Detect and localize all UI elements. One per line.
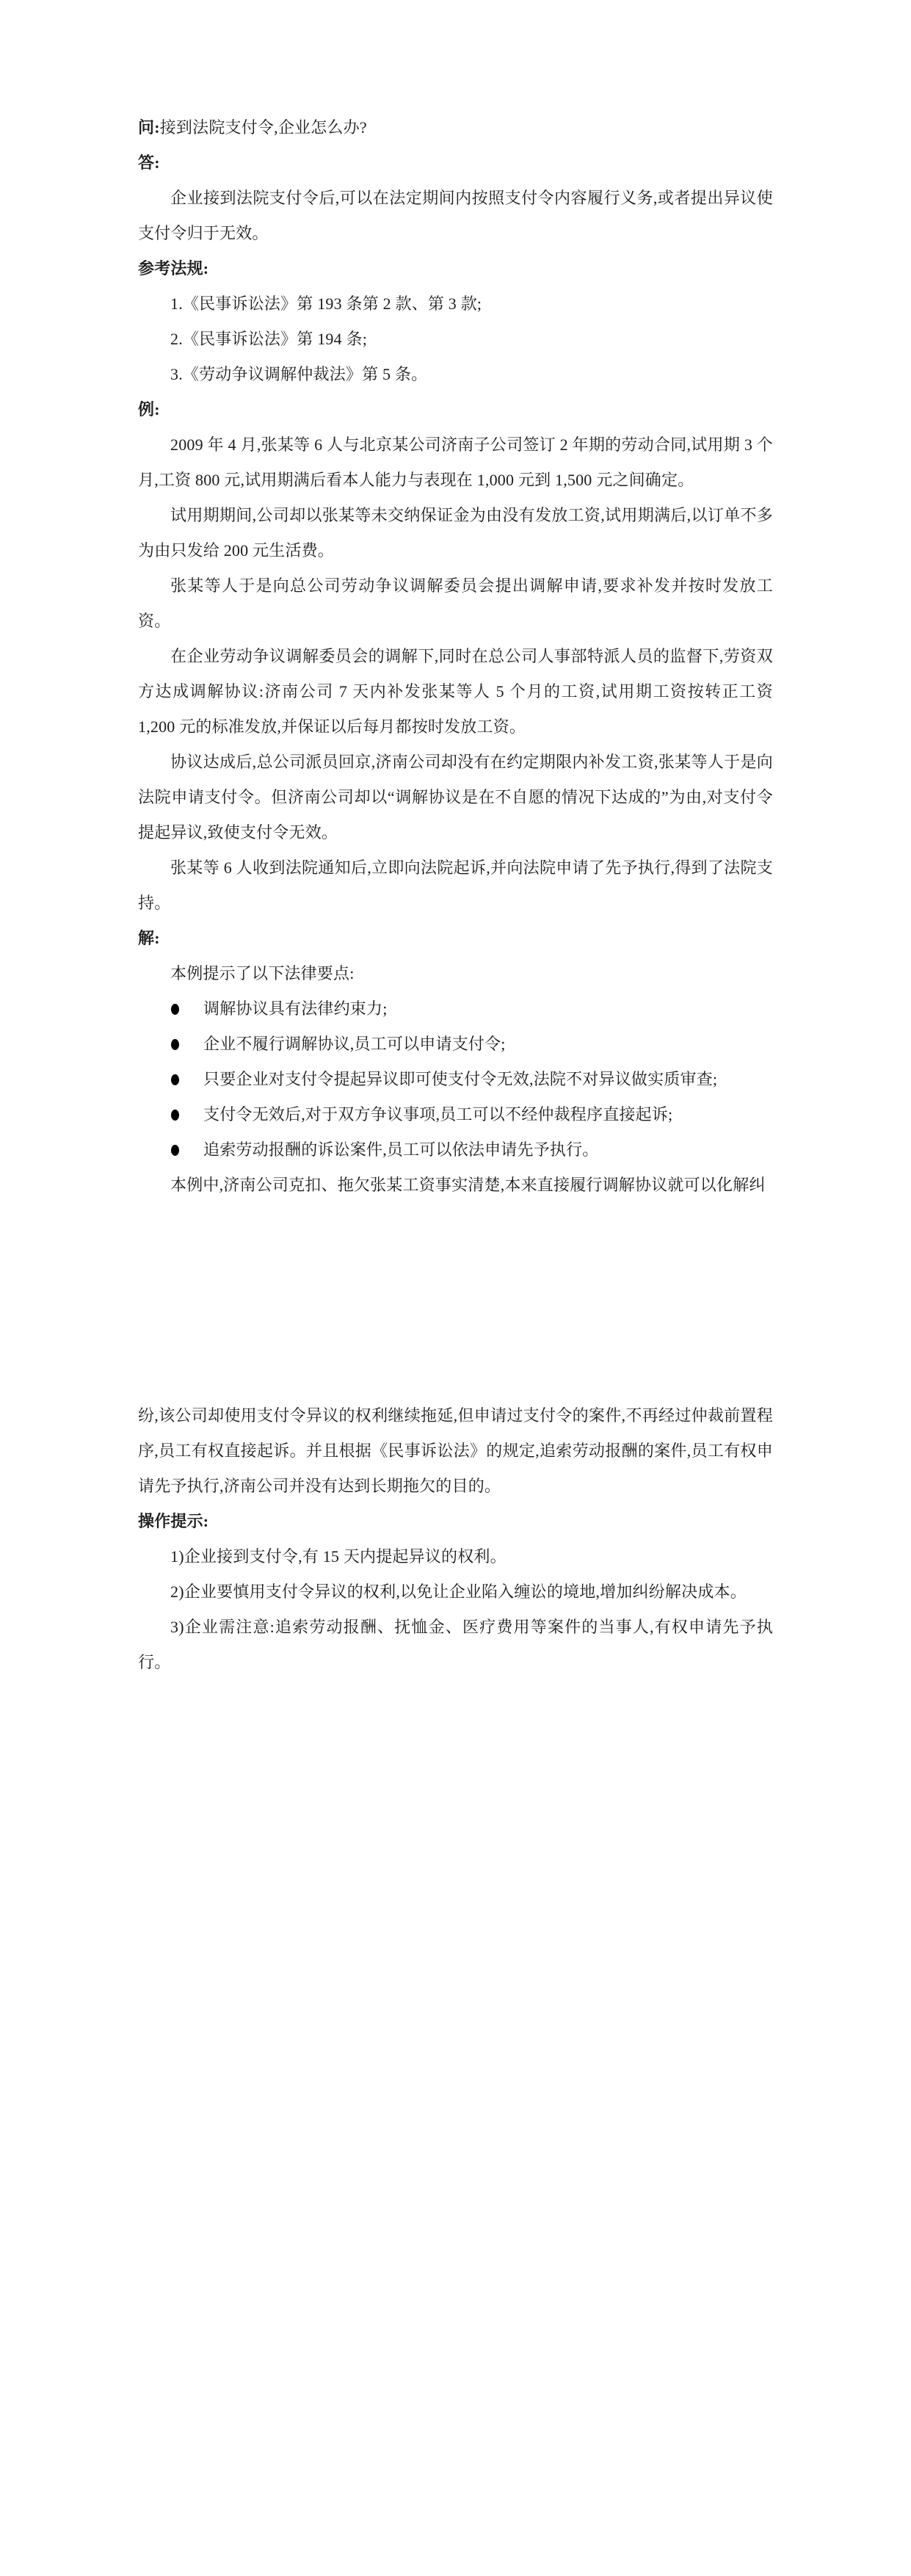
tips-heading: 操作提示: [138, 1504, 773, 1539]
analysis-heading: 解: [138, 921, 773, 956]
legal-point-item: 调解协议具有法律约束力; [138, 991, 773, 1027]
legal-point-text: 支付令无效后,对于双方争议事项,员工可以不经仲裁程序直接起诉; [203, 1105, 672, 1124]
legal-point-item: 企业不履行调解协议,员工可以申请支付令; [138, 1027, 773, 1062]
bullet-icon [171, 1004, 179, 1015]
legal-point-item: 追索劳动报酬的诉讼案件,员工可以依法申请先予执行。 [138, 1132, 773, 1168]
example-paragraph: 张某等 6 人收到法院通知后,立即向法院起诉,并向法院申请了先予执行,得到了法院… [138, 850, 773, 921]
question-line: 问:接到法院支付令,企业怎么办? [138, 110, 773, 145]
bullet-icon [171, 1145, 179, 1156]
example-paragraph: 在企业劳动争议调解委员会的调解下,同时在总公司人事部特派人员的监督下,劳资双方达… [138, 639, 773, 745]
bullet-icon [171, 1039, 179, 1050]
legal-point-text: 追索劳动报酬的诉讼案件,员工可以依法申请先予执行。 [203, 1140, 599, 1159]
reference-item: 2.《民事诉讼法》第 194 条; [138, 322, 773, 357]
reference-item: 1.《民事诉讼法》第 193 条第 2 款、第 3 款; [138, 286, 773, 322]
example-paragraph: 试用期期间,公司却以张某等未交纳保证金为由没有发放工资,试用期满后,以订单不多为… [138, 498, 773, 568]
legal-point-text: 只要企业对支付令提起异议即可使支付令无效,法院不对异议做实质审查; [203, 1070, 717, 1088]
tip-item: 3)企业需注意:追索劳动报酬、抚恤金、医疗费用等案件的当事人,有权申请先予执行。 [138, 1610, 773, 1680]
bullet-icon [171, 1110, 179, 1121]
legal-point-item: 只要企业对支付令提起异议即可使支付令无效,法院不对异议做实质审查; [138, 1062, 773, 1097]
example-heading: 例: [138, 392, 773, 427]
reference-heading: 参考法规: [138, 251, 773, 286]
example-paragraph: 张某等人于是向总公司劳动争议调解委员会提出调解申请,要求补发并按时发放工资。 [138, 568, 773, 639]
analysis-intro: 本例提示了以下法律要点: [138, 956, 773, 991]
page-2: 纷,该公司却使用支付令异议的权利继续拖延,但申请过支付令的案件,不再经过仲裁前置… [0, 1288, 911, 2576]
answer-label: 答: [138, 145, 773, 181]
example-paragraph: 协议达成后,总公司派员回京,济南公司却没有在约定期限内补发工资,张某等人于是向法… [138, 745, 773, 850]
legal-point-item: 支付令无效后,对于双方争议事项,员工可以不经仲裁程序直接起诉; [138, 1097, 773, 1132]
legal-point-text: 调解协议具有法律约束力; [203, 999, 388, 1018]
reference-item: 3.《劳动争议调解仲裁法》第 5 条。 [138, 357, 773, 392]
question-label: 问: [138, 118, 160, 137]
example-paragraph: 2009 年 4 月,张某等 6 人与北京某公司济南子公司签订 2 年期的劳动合… [138, 427, 773, 498]
legal-point-text: 企业不履行调解协议,员工可以申请支付令; [203, 1035, 506, 1053]
conclusion-paragraph-part1: 本例中,济南公司克扣、拖欠张某工资事实清楚,本来直接履行调解协议就可以化解纠 [138, 1168, 773, 1203]
bullet-icon [171, 1074, 179, 1085]
page-1: 问:接到法院支付令,企业怎么办? 答: 企业接到法院支付令后,可以在法定期间内按… [0, 0, 911, 1288]
question-text: 接到法院支付令,企业怎么办? [160, 118, 367, 137]
tip-item: 2)企业要慎用支付令异议的权利,以免让企业陷入缠讼的境地,增加纠纷解决成本。 [138, 1574, 773, 1610]
document: 问:接到法院支付令,企业怎么办? 答: 企业接到法院支付令后,可以在法定期间内按… [0, 0, 911, 2576]
conclusion-paragraph-part2: 纷,该公司却使用支付令异议的权利继续拖延,但申请过支付令的案件,不再经过仲裁前置… [138, 1398, 773, 1504]
answer-paragraph: 企业接到法院支付令后,可以在法定期间内按照支付令内容履行义务,或者提出异议使支付… [138, 181, 773, 251]
tip-item: 1)企业接到支付令,有 15 天内提起异议的权利。 [138, 1539, 773, 1574]
